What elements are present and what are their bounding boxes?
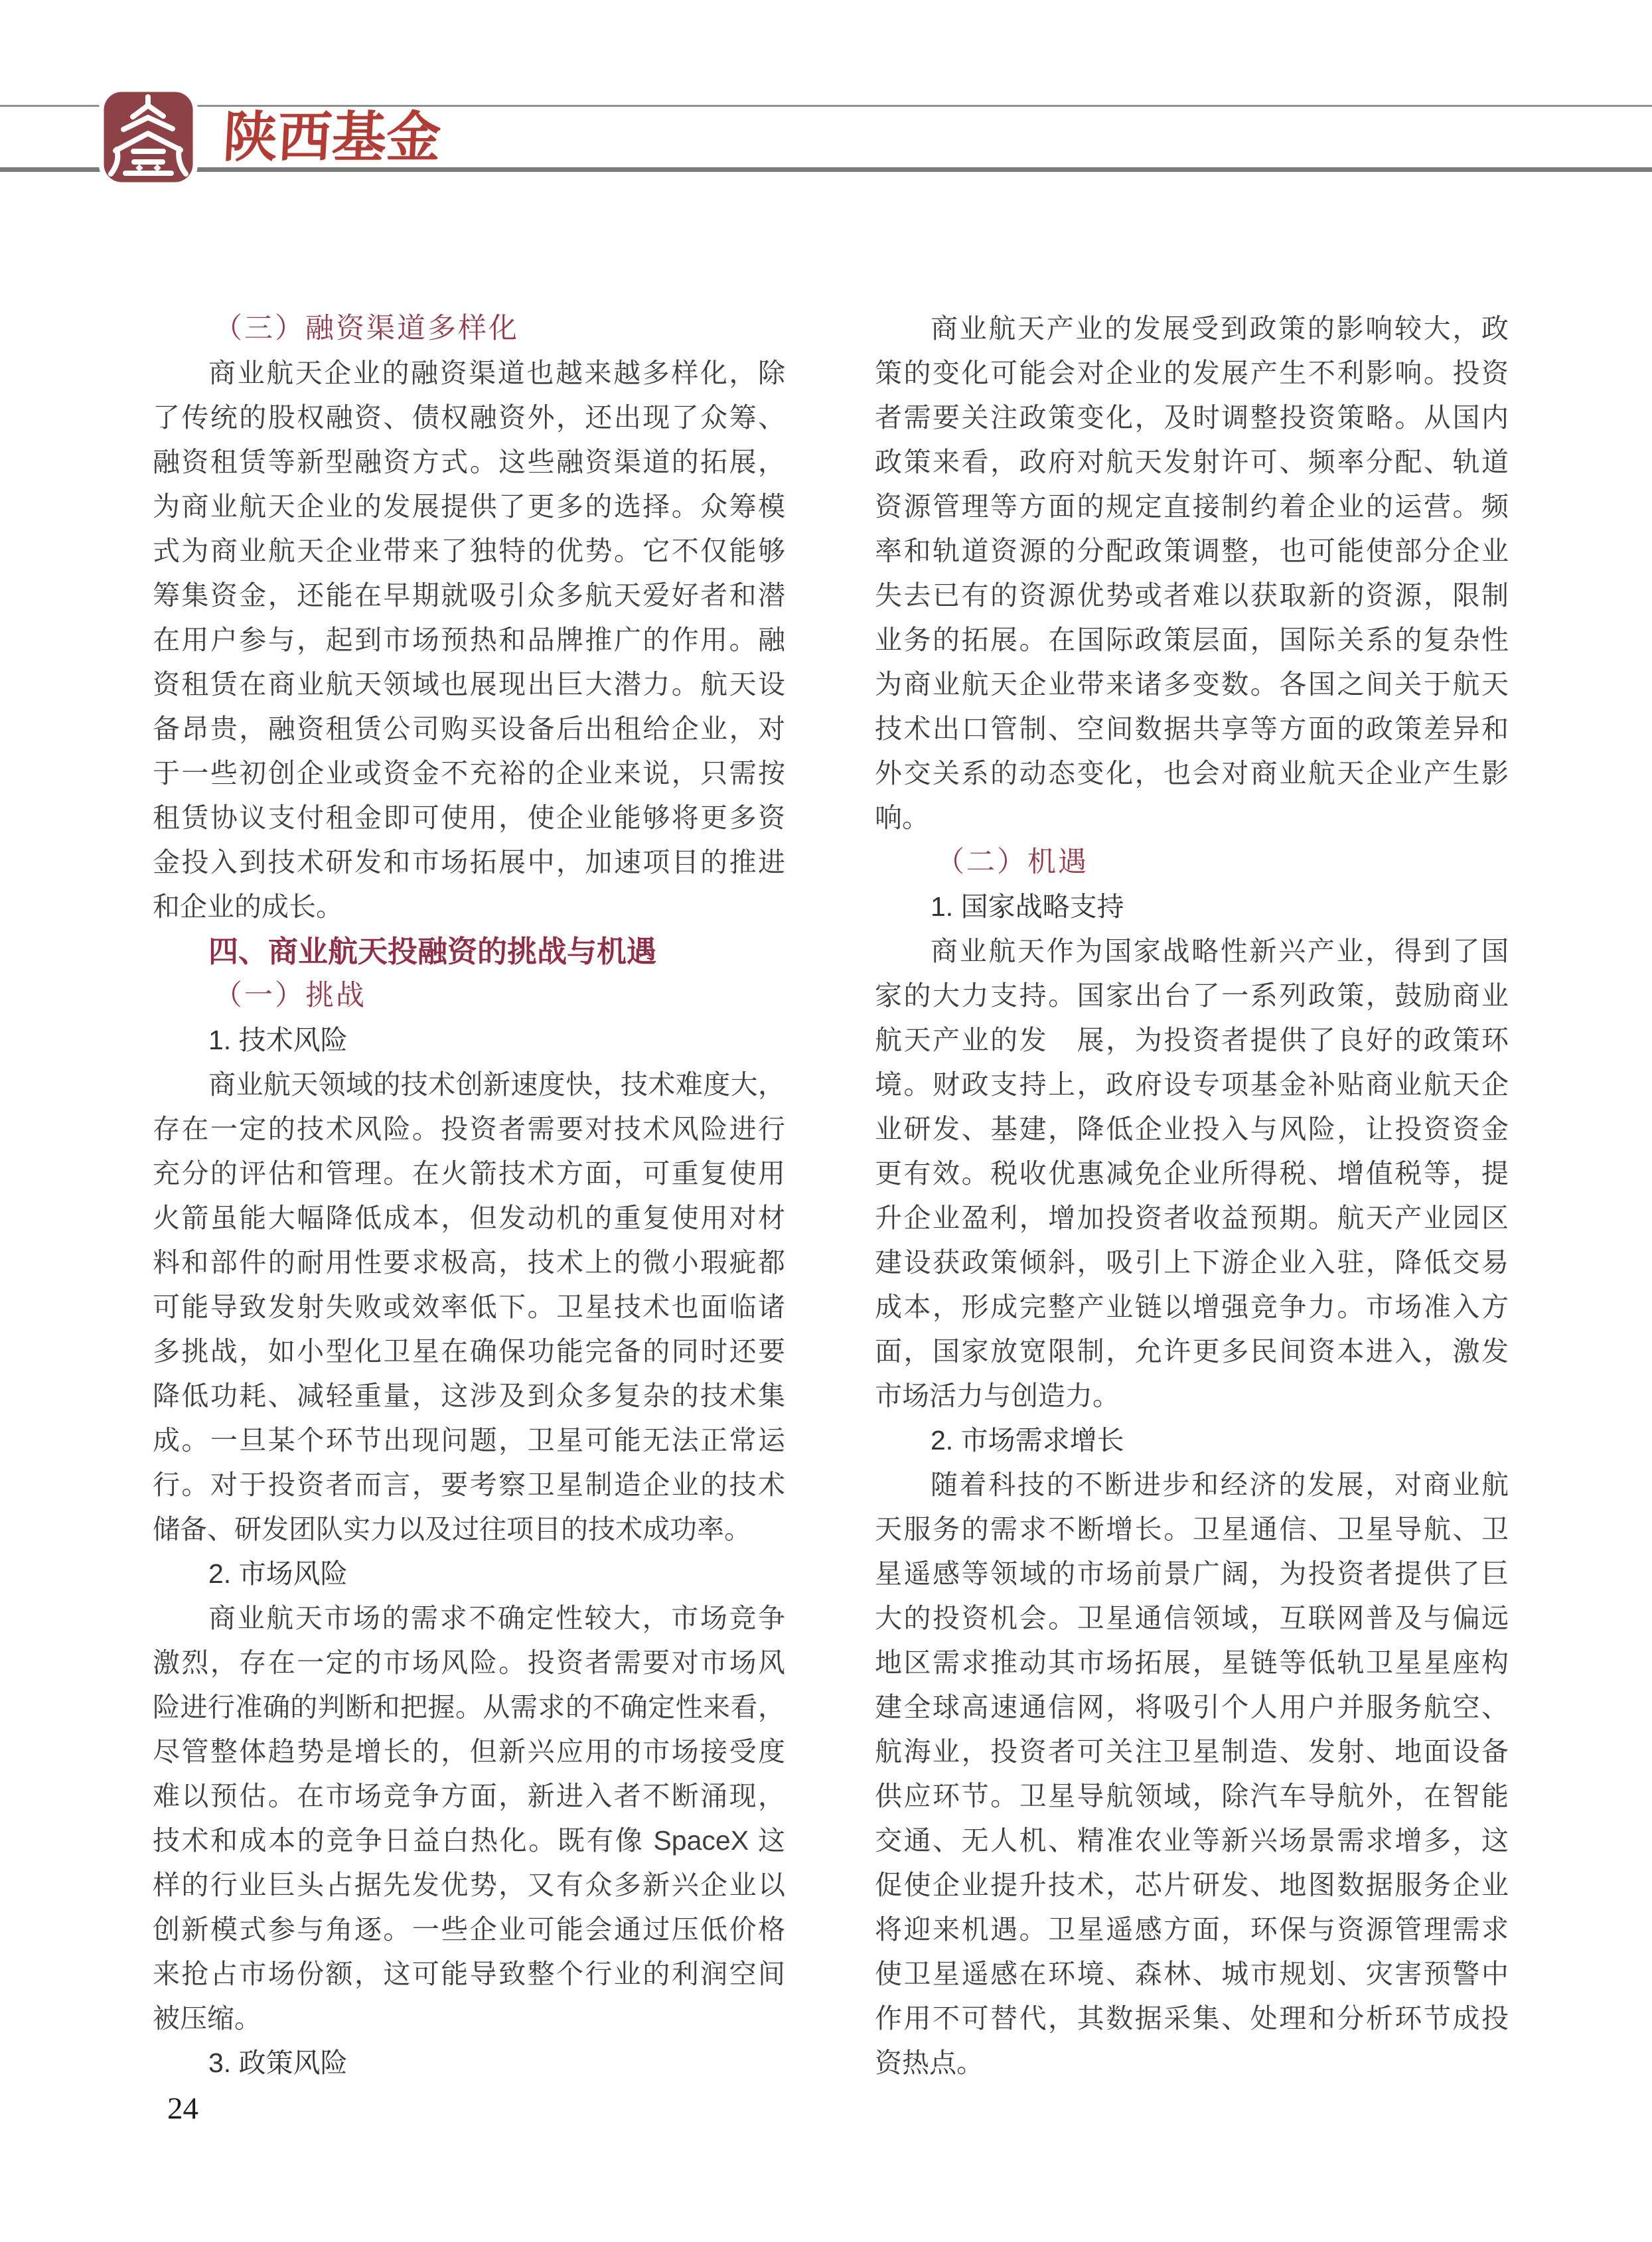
text-line: 为商业航天企业的发展提供了更多的选择。众筹模 bbox=[153, 485, 785, 529]
text-line: 建全球高速通信网，将吸引个人用户并服务航空、 bbox=[875, 1685, 1509, 1730]
pagoda-seal-icon bbox=[104, 92, 193, 183]
text-line: 租赁协议支付租金即可使用，使企业能够将更多资 bbox=[153, 796, 785, 840]
page-number: 24 bbox=[167, 2091, 198, 2127]
text-line: 成本，形成完整产业链以增强竞争力。市场准入方 bbox=[875, 1285, 1509, 1329]
text-line: （一）挑战 bbox=[153, 974, 785, 1018]
text-line: 响。 bbox=[875, 796, 1509, 840]
text-line: 家的大力支持。国家出台了一系列政策，鼓励商业 bbox=[875, 974, 1509, 1018]
text-line: 火箭虽能大幅降低成本，但发动机的重复使用对材 bbox=[153, 1196, 785, 1240]
text-line: 金投入到技术研发和市场拓展中，加速项目的推进 bbox=[153, 840, 785, 885]
text-line: 业研发、基建，降低企业投入与风险，让投资资金 bbox=[875, 1107, 1509, 1152]
text-line: 2. 市场风险 bbox=[153, 1552, 785, 1596]
column-left: （三）融资渠道多样化商业航天企业的融资渠道也越来越多样化，除了传统的股权融资、债… bbox=[153, 307, 785, 2085]
text-line: 资源管理等方面的规定直接制约着企业的运营。频 bbox=[875, 485, 1509, 529]
text-line: 存在一定的技术风险。投资者需要对技术风险进行 bbox=[153, 1107, 785, 1152]
text-line: 筹集资金，还能在早期就吸引众多航天爱好者和潜 bbox=[153, 573, 785, 618]
text-line: 1. 国家战略支持 bbox=[875, 885, 1509, 929]
text-line: 交通、无人机、精准农业等新兴场景需求增多，这 bbox=[875, 1819, 1509, 1863]
text-line: 被压缩。 bbox=[153, 1996, 785, 2041]
column-right: 商业航天产业的发展受到政策的影响较大，政策的变化可能会对企业的发展产生不利影响。… bbox=[875, 307, 1509, 2085]
page: 陕西基金 （三）融资渠道多样化商业航天企业的融资渠道也越来越多样化，除了传统的股… bbox=[0, 0, 1652, 2242]
text-line: 充分的评估和管理。在火箭技术方面，可重复使用 bbox=[153, 1152, 785, 1196]
text-line: 多挑战，如小型化卫星在确保功能完备的同时还要 bbox=[153, 1329, 785, 1374]
text-line: 业务的拓展。在国际政策层面，国际关系的复杂性 bbox=[875, 618, 1509, 662]
text-line: 行。对于投资者而言，要考察卫星制造企业的技术 bbox=[153, 1463, 785, 1507]
text-line: 险进行准确的判断和把握。从需求的不确定性来看， bbox=[153, 1685, 785, 1730]
text-line: 式为商业航天企业带来了独特的优势。它不仅能够 bbox=[153, 529, 785, 573]
text-line: 于一些初创企业或资金不充裕的企业来说，只需按 bbox=[153, 751, 785, 796]
text-line: 资热点。 bbox=[875, 2041, 1509, 2085]
text-line: 难以预估。在市场竞争方面，新进入者不断涌现， bbox=[153, 1774, 785, 1819]
text-line: 为商业航天企业带来诸多变数。各国之间关于航天 bbox=[875, 662, 1509, 707]
text-line: 将迎来机遇。卫星遥感方面，环保与资源管理需求 bbox=[875, 1907, 1509, 1952]
text-line: 1. 技术风险 bbox=[153, 1018, 785, 1063]
text-line: 降低功耗、减轻重量，这涉及到众多复杂的技术集 bbox=[153, 1374, 785, 1418]
text-line: 资租赁在商业航天领域也展现出巨大潜力。航天设 bbox=[153, 662, 785, 707]
text-line: 政策来看，政府对航天发射许可、频率分配、轨道 bbox=[875, 440, 1509, 485]
text-line: 2. 市场需求增长 bbox=[875, 1418, 1509, 1463]
text-line: 随着科技的不断进步和经济的发展，对商业航 bbox=[875, 1463, 1509, 1507]
text-line: 商业航天作为国家战略性新兴产业，得到了国 bbox=[875, 929, 1509, 974]
text-line: 尽管整体趋势是增长的，但新兴应用的市场接受度 bbox=[153, 1730, 785, 1774]
text-line: 地区需求推动其市场拓展，星链等低轨卫星星座构 bbox=[875, 1641, 1509, 1685]
text-line: 市场活力与创造力。 bbox=[875, 1374, 1509, 1418]
text-line: 创新模式参与角逐。一些企业可能会通过压低价格 bbox=[153, 1907, 785, 1952]
text-line: 使卫星遥感在环境、森林、城市规划、灾害预警中 bbox=[875, 1952, 1509, 1996]
text-line: 者需要关注政策变化，及时调整投资策略。从国内 bbox=[875, 396, 1509, 440]
text-line: 天服务的需求不断增长。卫星通信、卫星导航、卫 bbox=[875, 1507, 1509, 1552]
text-line: 升企业盈利，增加投资者收益预期。航天产业园区 bbox=[875, 1196, 1509, 1240]
text-line: 大的投资机会。卫星通信领域，互联网普及与偏远 bbox=[875, 1596, 1509, 1641]
text-line: （二）机遇 bbox=[875, 840, 1509, 885]
text-line: 航天产业的发 展，为投资者提供了良好的政策环 bbox=[875, 1018, 1509, 1063]
text-line: 供应环节。卫星导航领域，除汽车导航外，在智能 bbox=[875, 1774, 1509, 1819]
text-line: 样的行业巨头占据先发优势，又有众多新兴企业以 bbox=[153, 1863, 785, 1907]
text-line: 激烈，存在一定的市场风险。投资者需要对市场风 bbox=[153, 1641, 785, 1685]
text-line: 3. 政策风险 bbox=[153, 2041, 785, 2085]
text-line: 来抢占市场份额，这可能导致整个行业的利润空间 bbox=[153, 1952, 785, 1996]
text-line: 商业航天企业的融资渠道也越来越多样化，除 bbox=[153, 351, 785, 396]
text-line: 储备、研发团队实力以及过往项目的技术成功率。 bbox=[153, 1507, 785, 1552]
text-line: 技术出口管制、空间数据共享等方面的政策差异和 bbox=[875, 707, 1509, 751]
text-line: 融资租赁等新型融资方式。这些融资渠道的拓展， bbox=[153, 440, 785, 485]
text-line: 建设获政策倾斜，吸引上下游企业入驻，降低交易 bbox=[875, 1240, 1509, 1285]
text-line: （三）融资渠道多样化 bbox=[153, 307, 785, 351]
text-line: 促使企业提升技术，芯片研发、地图数据服务企业 bbox=[875, 1863, 1509, 1907]
text-line: 商业航天产业的发展受到政策的影响较大，政 bbox=[875, 307, 1509, 351]
text-line: 星遥感等领域的市场前景广阔，为投资者提供了巨 bbox=[875, 1552, 1509, 1596]
text-line: 外交关系的动态变化，也会对商业航天企业产生影 bbox=[875, 751, 1509, 796]
text-line: 商业航天市场的需求不确定性较大，市场竞争 bbox=[153, 1596, 785, 1641]
text-line: 在用户参与，起到市场预热和品牌推广的作用。融 bbox=[153, 618, 785, 662]
text-line: 境。财政支持上，政府设专项基金补贴商业航天企 bbox=[875, 1063, 1509, 1107]
text-line: 更有效。税收优惠减免企业所得税、增值税等，提 bbox=[875, 1152, 1509, 1196]
text-line: 技术和成本的竞争日益白热化。既有像 SpaceX 这 bbox=[153, 1819, 785, 1863]
text-line: 策的变化可能会对企业的发展产生不利影响。投资 bbox=[875, 351, 1509, 396]
text-line: 四、商业航天投融资的挑战与机遇 bbox=[153, 929, 785, 974]
brand-calligraphy: 陕西基金 bbox=[221, 106, 442, 170]
text-line: 航海业，投资者可关注卫星制造、发射、地面设备 bbox=[875, 1730, 1509, 1774]
text-line: 备昂贵，融资租赁公司购买设备后出租给企业，对 bbox=[153, 707, 785, 751]
text-line: 了传统的股权融资、债权融资外，还出现了众筹、 bbox=[153, 396, 785, 440]
text-line: 商业航天领域的技术创新速度快，技术难度大， bbox=[153, 1063, 785, 1107]
text-line: 成。一旦某个环节出现问题，卫星可能无法正常运 bbox=[153, 1418, 785, 1463]
text-line: 可能导致发射失败或效率低下。卫星技术也面临诸 bbox=[153, 1285, 785, 1329]
text-line: 和企业的成长。 bbox=[153, 885, 785, 929]
text-line: 料和部件的耐用性要求极高，技术上的微小瑕疵都 bbox=[153, 1240, 785, 1285]
text-line: 作用不可替代，其数据采集、处理和分析环节成投 bbox=[875, 1996, 1509, 2041]
text-line: 率和轨道资源的分配政策调整，也可能使部分企业 bbox=[875, 529, 1509, 573]
seal-logo bbox=[99, 87, 198, 187]
text-line: 失去已有的资源优势或者难以获取新的资源，限制 bbox=[875, 573, 1509, 618]
text-line: 面，国家放宽限制，允许更多民间资本进入，激发 bbox=[875, 1329, 1509, 1374]
